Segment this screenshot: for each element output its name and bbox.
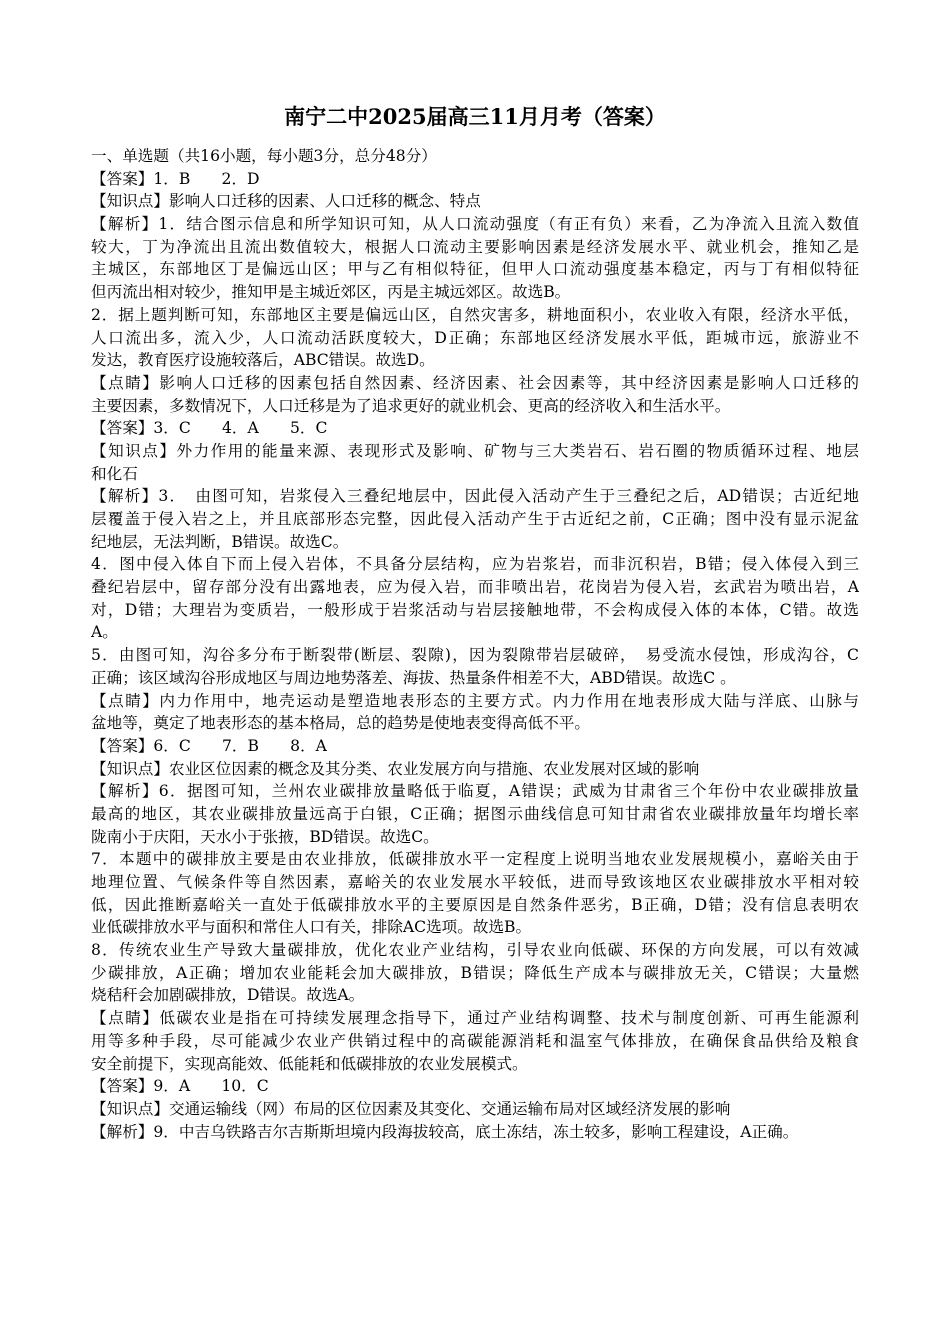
- text-line-analysis: 陇南小于庆阳，天水小于张掖，BD错误。故选C。: [91, 826, 859, 849]
- text-line-analysis: 最高的地区，其农业碳排放量远高于白银，C正确；据图示曲线信息可知甘肃省农业碳排放…: [91, 803, 859, 826]
- text-line-knowledge: 【知识点】外力作用的能量来源、表现形式及影响、矿物与三大类岩石、岩石圈的物质循环…: [91, 440, 859, 463]
- text-line-analysis: 低，因此推断嘉峪关一直处于低碳排放水平的主要原因是自然条件恶劣，B正确，D错；没…: [91, 894, 859, 917]
- text-line-analysis: 对，D错；大理岩为变质岩，一般形成于岩浆活动与岩层接触地带，不会构成侵入体的本体…: [91, 599, 859, 622]
- text-line-analysis: 7．本题中的碳排放主要是由农业排放，低碳排放水平一定程度上说明当地农业发展规模小…: [91, 848, 859, 871]
- text-line-analysis: 纪地层，无法判断，B错误。故选C。: [91, 531, 859, 554]
- text-line-knowledge: 【知识点】交通运输线（网）布局的区位因素及其变化、交通运输布局对区域经济发展的影…: [91, 1098, 859, 1121]
- text-line-analysis: 2．据上题判断可知，东部地区主要是偏远山区，自然灾害多，耕地面积小，农业收入有限…: [91, 304, 859, 327]
- text-line-analysis: 【解析】1．结合图示信息和所学知识可知，从人口流动强度（有正有负）来看，乙为净流…: [91, 213, 859, 236]
- text-line-analysis: 但丙流出相对较少，推知甲是主城近郊区，丙是主城远郊区。故选B。: [91, 281, 859, 304]
- text-line-analysis: 8．传统农业生产导致大量碳排放，优化农业产业结构，引导农业向低碳、环保的方向发展…: [91, 939, 859, 962]
- text-line-tip: 安全前提下，实现高能效、低能耗和低碳排放的农业发展模式。: [91, 1053, 859, 1076]
- text-line-knowledge: 【知识点】农业区位因素的概念及其分类、农业发展方向与措施、农业发展对区域的影响: [91, 758, 859, 781]
- text-line-analysis: 较大，丁为净流出且流出数值较大，根据人口流动主要影响因素是经济发展水平、就业机会…: [91, 236, 859, 259]
- text-line-analysis: 少碳排放，A正确；增加农业能耗会加大碳排放，B错误；降低生产成本与碳排放无关，C…: [91, 962, 859, 985]
- text-line-knowledge: 【知识点】影响人口迁移的因素、人口迁移的概念、特点: [91, 190, 859, 213]
- text-line-knowledge: 和化石: [91, 463, 859, 486]
- text-line-answer: 【答案】3．C 4．A 5．C: [91, 417, 859, 440]
- text-line-answer: 【答案】9．A 10．C: [91, 1075, 859, 1098]
- text-line-analysis: 【解析】6．据图可知，兰州农业碳排放量略低于临夏，A错误；武威为甘肃省三个年份中…: [91, 780, 859, 803]
- text-line-section-heading: 一、单选题（共16小题，每小题3分，总分48分）: [91, 145, 859, 168]
- text-line-tip: 【点睛】低碳农业是指在可持续发展理念指导下，通过产业结构调整、技术与制度创新、可…: [91, 1007, 859, 1030]
- text-line-analysis: 业低碳排放水平与面积和常住人口有关，排除AC选项。故选B。: [91, 916, 859, 939]
- text-line-analysis: 人口流出多，流入少，人口流动活跃度较大，D正确；东部地区经济发展水平低，距城市远…: [91, 327, 859, 350]
- text-line-answer: 【答案】6．C 7．B 8．A: [91, 735, 859, 758]
- text-line-tip: 盆地等，奠定了地表形态的基本格局，总的趋势是使地表变得高低不平。: [91, 712, 859, 735]
- document-title: 南宁二中2025届高三11月月考（答案）: [91, 102, 859, 132]
- text-line-analysis: 主城区，东部地区丁是偏远山区；甲与乙有相似特征，但甲人口流动强度基本稳定，丙与丁…: [91, 258, 859, 281]
- document-body: 一、单选题（共16小题，每小题3分，总分48分）【答案】1．B 2．D【知识点】…: [91, 145, 859, 1143]
- text-line-tip: 用等多种手段，尽可能减少农业产供销过程中的高碳能源消耗和温室气体排放，在确保食品…: [91, 1030, 859, 1053]
- text-line-analysis: 发达，教育医疗设施较落后，ABC错误。故选D。: [91, 349, 859, 372]
- text-line-analysis: 5．由图可知，沟谷多分布于断裂带(断层、裂隙)，因为裂隙带岩层破碎， 易受流水侵…: [91, 644, 859, 667]
- text-line-tip: 主要因素，多数情况下，人口迁移是为了追求更好的就业机会、更高的经济收入和生活水平…: [91, 395, 859, 418]
- document-page: 南宁二中2025届高三11月月考（答案） 一、单选题（共16小题，每小题3分，总…: [91, 102, 859, 1143]
- text-line-tip: 【点睛】影响人口迁移的因素包括自然因素、经济因素、社会因素等，其中经济因素是影响…: [91, 372, 859, 395]
- text-line-answer: 【答案】1．B 2．D: [91, 168, 859, 191]
- text-line-analysis: 地理位置、气候条件等自然因素，嘉峪关的农业发展水平较低，进而导致该地区农业碳排放…: [91, 871, 859, 894]
- text-line-analysis: 正确；该区域沟谷形成地区与周边地势落差、海拔、热量条件相差不大，ABD错误。故选…: [91, 667, 859, 690]
- text-line-analysis: 【解析】3． 由图可知，岩浆侵入三叠纪地层中，因此侵入活动产生于三叠纪之后，AD…: [91, 485, 859, 508]
- text-line-analysis: 烧秸秆会加剧碳排放，D错误。故选A。: [91, 984, 859, 1007]
- text-line-analysis: 【解析】9．中吉乌铁路吉尔吉斯斯坦境内段海拔较高，底土冻结，冻土较多，影响工程建…: [91, 1121, 859, 1144]
- text-line-analysis: A。: [91, 621, 859, 644]
- text-line-analysis: 4．图中侵入体自下而上侵入岩体，不具备分层结构，应为岩浆岩，而非沉积岩，B错；侵…: [91, 553, 859, 576]
- text-line-tip: 【点睛】内力作用中，地壳运动是塑造地表形态的主要方式。内力作用在地表形成大陆与洋…: [91, 690, 859, 713]
- text-line-analysis: 叠纪岩层中，留存部分没有出露地表，应为侵入岩，而非喷出岩，花岗岩为侵入岩，玄武岩…: [91, 576, 859, 599]
- text-line-analysis: 层覆盖于侵入岩之上，并且底部形态完整，因此侵入活动产生于古近纪之前，C正确；图中…: [91, 508, 859, 531]
